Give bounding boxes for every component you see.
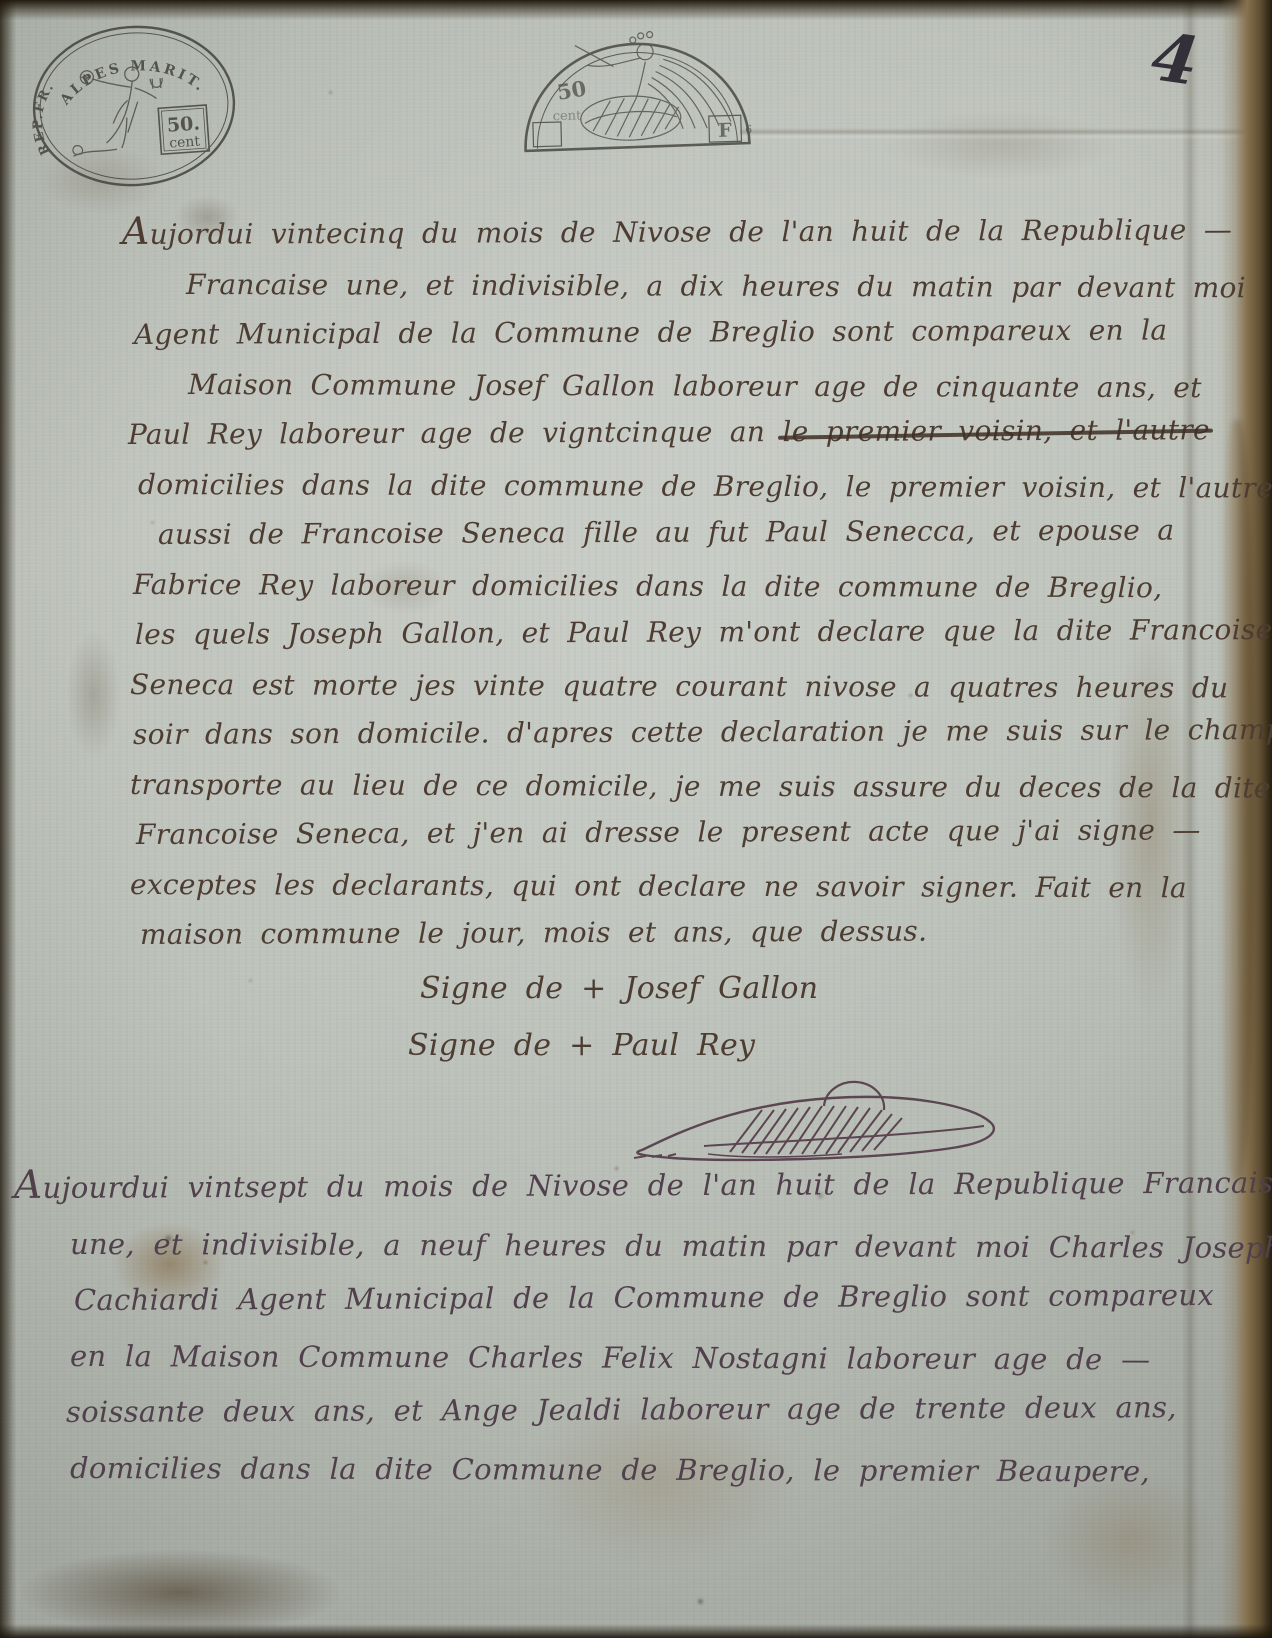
act-1-death-record: Aujordui vintecinq du mois de Nivose de … <box>0 206 1214 1074</box>
revenue-stamp-oval: ALPES MARIT. REP.FR. 50. cent <box>22 15 245 197</box>
page-crease-horizontal <box>740 128 1260 140</box>
act-line: Agent Municipal de la Commune de Breglio… <box>134 305 1214 360</box>
page-edge-bottom <box>0 1624 1272 1638</box>
paper-stain <box>880 110 1120 180</box>
act-line: Paul Rey laboreur age de vigntcinque an … <box>128 405 1214 460</box>
act-line: domicilies dans la dite Commune de Bregl… <box>70 1440 1214 1500</box>
winged-figure-engraving <box>575 30 732 142</box>
stamp-text-rep-fr: REP.FR. <box>28 78 63 157</box>
act-line: soissante deux ans, et Ange Jealdi labor… <box>66 1379 1214 1440</box>
act-line: maison commune le jour, mois et ans, que… <box>140 905 1214 960</box>
act-line: aussi de Francoise Seneca fille au fut P… <box>158 505 1214 560</box>
stamp-number: 6 <box>745 123 752 136</box>
manuscript-scan: { "page_number": "4", "stamps": { "oval"… <box>0 0 1272 1638</box>
eagle-stamp-art: 50 cent F 6 <box>512 19 759 155</box>
act-2-death-record: Aujourdui vintsept du mois de Nivose de … <box>0 1158 1214 1496</box>
svg-text:REP.FR.: REP.FR. <box>28 78 63 157</box>
manuscript-page: ALPES MARIT. REP.FR. 50. cent <box>0 0 1272 1638</box>
act-line: les quels Joseph Gallon, et Paul Rey m'o… <box>135 605 1214 660</box>
stamp-letter: F <box>718 120 733 142</box>
act-line-text: Paul Rey laboreur age de vigntcinque an <box>128 415 783 451</box>
act-line: Aujourdui vintsept du mois de Nivose de … <box>14 1153 1214 1216</box>
eagle-stamp-semicircular: 50 cent F 6 <box>512 19 759 155</box>
signature-line: Signe de + Josef Gallon <box>420 960 1214 1017</box>
act-line: Cachiardi Agent Municipal de la Commune … <box>74 1267 1214 1328</box>
act-line: une, et indivisible, a neuf heures du ma… <box>70 1216 1214 1276</box>
stamp-unit: cent <box>553 108 583 124</box>
strikethrough-text: le premier voisin, et l'autre <box>782 405 1210 457</box>
act-line: en la Maison Commune Charles Felix Nosta… <box>70 1328 1214 1388</box>
act-line: soir dans son domicile. d'apres cette de… <box>133 705 1214 760</box>
act-line: Francoise Seneca, et j'en ai dresse le p… <box>136 805 1214 860</box>
stamp-value: 50 <box>555 75 588 104</box>
act-line: Aujordui vintecinq du mois de Nivose de … <box>122 201 1214 260</box>
revenue-stamp-oval-art: ALPES MARIT. REP.FR. 50. cent <box>22 15 245 197</box>
paper-stain <box>20 1550 340 1635</box>
stamp-unit: cent <box>169 133 201 151</box>
